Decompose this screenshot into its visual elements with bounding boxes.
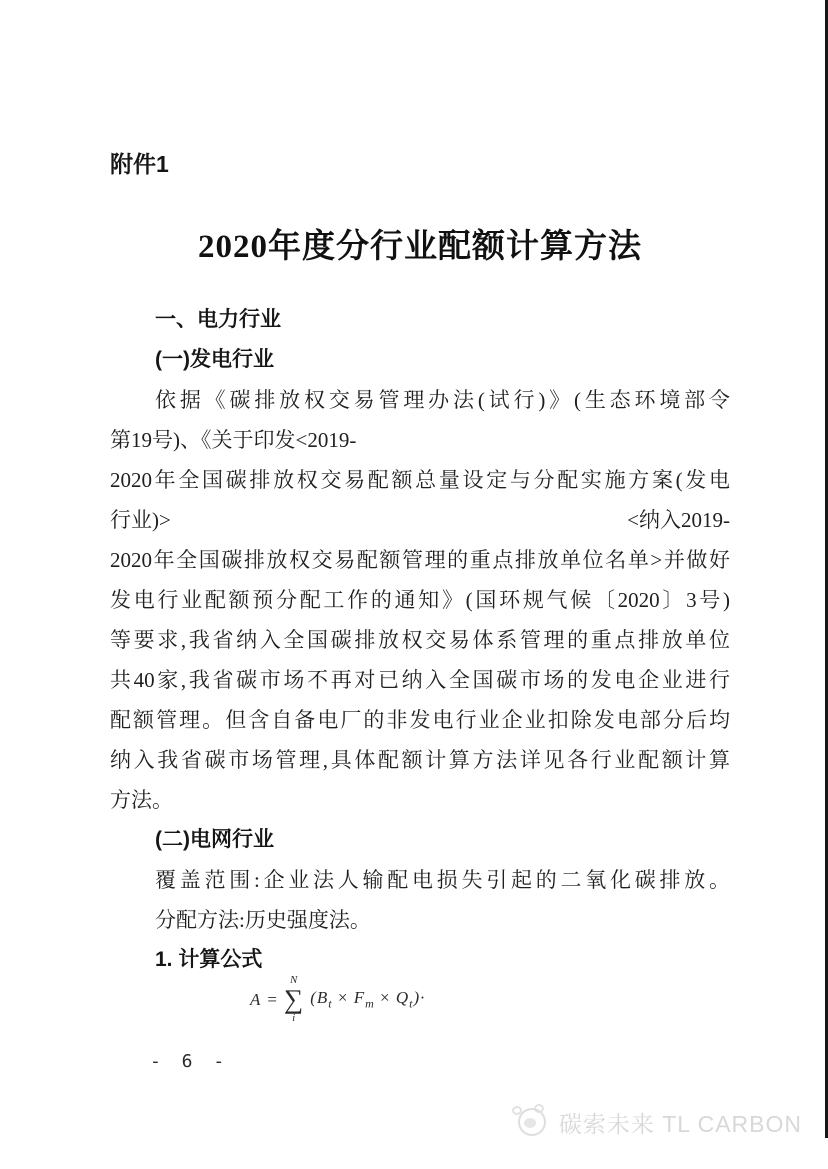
formula-var-f: F [354, 988, 365, 1007]
paragraph-line-left: 行业)> [110, 500, 171, 540]
summation-lower-bound: i [292, 1013, 295, 1024]
publisher-watermark: 碳索未来 TL CARBON [512, 1104, 802, 1140]
paragraph-line: 第19号)、《关于印发<2019- [110, 420, 730, 460]
tl-carbon-logo-icon [512, 1104, 550, 1140]
paragraph-line: 2020年全国碳排放权交易配额总量设定与分配实施方案(发电 [110, 460, 730, 500]
document-title: 2020年度分行业配额计算方法 [104, 220, 736, 267]
coverage-scope-line: 覆盖范围:企业法人输配电损失引起的二氧化碳排放。 [110, 860, 730, 900]
formula-open: (B [310, 988, 328, 1007]
summation-symbol: N ∑ i [284, 975, 303, 1024]
heading-power-industry: 一、电力行业 [110, 300, 730, 340]
paragraph-line-right: <纳入2019- [627, 500, 730, 540]
paragraph-line: 发电行业配额预分配工作的通知》(国环规气候〔2020〕3号) [110, 580, 730, 620]
page-number: - 6 - [150, 1051, 229, 1072]
multiply-sign: × [333, 988, 354, 1007]
formula-lhs: A [250, 991, 260, 1008]
formula-close: )· [414, 988, 426, 1007]
paragraph-line: 配额管理。但含自备电厂的非发电行业企业扣除发电部分后均 [110, 700, 730, 740]
document-page: 附件1 2020年度分行业配额计算方法 一、电力行业 (一)发电行业 依据《碳排… [0, 0, 828, 1169]
allocation-method-line: 分配方法:历史强度法。 [110, 900, 730, 940]
paragraph-line: 依据《碳排放权交易管理办法(试行)》(生态环境部令 [110, 380, 730, 420]
paragraph-line-split: 行业)> <纳入2019- [110, 500, 730, 540]
attachment-label: 附件1 [110, 146, 169, 179]
formula-expression: (Bt × Fm × Qt)· [310, 989, 425, 1009]
allocation-formula: A = N ∑ i (Bt × Fm × Qt)· [250, 975, 425, 1024]
multiply-sign: × [375, 988, 396, 1007]
heading-grid-industry: (二)电网行业 [110, 820, 730, 860]
paragraph-line: 方法。 [110, 780, 730, 820]
watermark-text: 碳索未来 TL CARBON [559, 1106, 802, 1139]
paragraph-line: 纳入我省碳市场管理,具体配额计算方法详见各行业配额计算 [110, 740, 730, 780]
formula-equals: = [267, 991, 277, 1008]
logo-dot [524, 1118, 536, 1128]
formula-sub-m: m [365, 996, 375, 1010]
paragraph-line: 2020年全国碳排放权交易配额管理的重点排放单位名单>并做好 [110, 540, 730, 580]
sigma-icon: ∑ [284, 986, 303, 1013]
heading-generation-industry: (一)发电行业 [110, 340, 730, 380]
document-body: 一、电力行业 (一)发电行业 依据《碳排放权交易管理办法(试行)》(生态环境部令… [110, 300, 730, 1028]
formula-var-q: Q [396, 988, 409, 1007]
paragraph-line: 共40家,我省碳市场不再对已纳入全国碳市场的发电企业进行 [110, 660, 730, 700]
paragraph-line: 等要求,我省纳入全国碳排放权交易体系管理的重点排放单位 [110, 620, 730, 660]
